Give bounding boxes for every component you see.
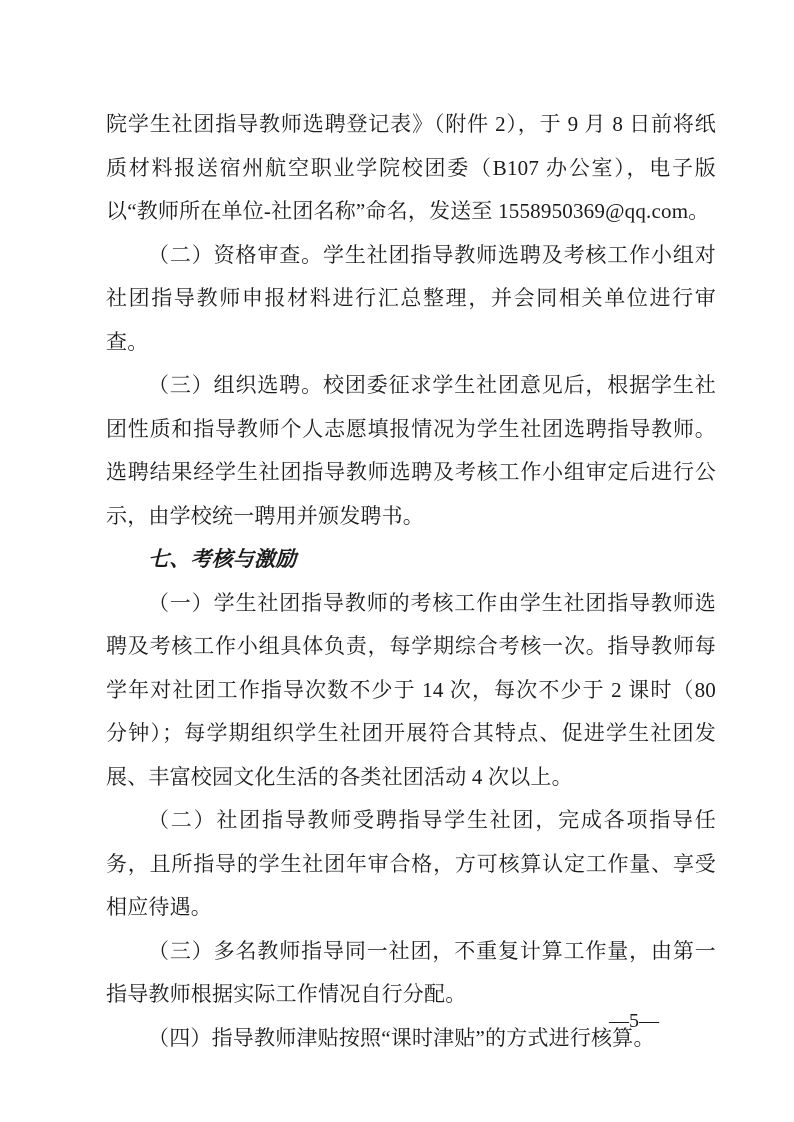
section-heading-assessment-and-incentives: 七、考核与激励 bbox=[106, 538, 716, 582]
body-paragraph-workload-recognition: （二）社团指导教师受聘指导学生社团，完成各项指导任务，且所指导的学生社团年审合格… bbox=[106, 799, 716, 930]
body-paragraph-organize-selection: （三）组织选聘。校团委征求学生社团意见后，根据学生社团性质和指导教师个人志愿填报… bbox=[106, 364, 716, 538]
body-paragraph-assessment-work: （一）学生社团指导教师的考核工作由学生社团指导教师选聘及考核工作小组具体负责，每… bbox=[106, 582, 716, 800]
body-paragraph-qualification-review: （二）资格审查。学生社团指导教师选聘及考核工作小组对社团指导教师申报材料进行汇总… bbox=[106, 234, 716, 365]
body-paragraph-continuation: 院学生社团指导教师选聘登记表》（附件 2），于 9 月 8 日前将纸质材料报送宿… bbox=[106, 103, 716, 234]
body-paragraph-multiple-advisors: （三）多名教师指导同一社团，不重复计算工作量，由第一指导教师根据实际工作情况自行… bbox=[106, 930, 716, 1017]
document-page: 院学生社团指导教师选聘登记表》（附件 2），于 9 月 8 日前将纸质材料报送宿… bbox=[0, 0, 794, 1122]
page-number: —5— bbox=[596, 1007, 672, 1035]
document-body: 院学生社团指导教师选聘登记表》（附件 2），于 9 月 8 日前将纸质材料报送宿… bbox=[106, 103, 716, 1060]
